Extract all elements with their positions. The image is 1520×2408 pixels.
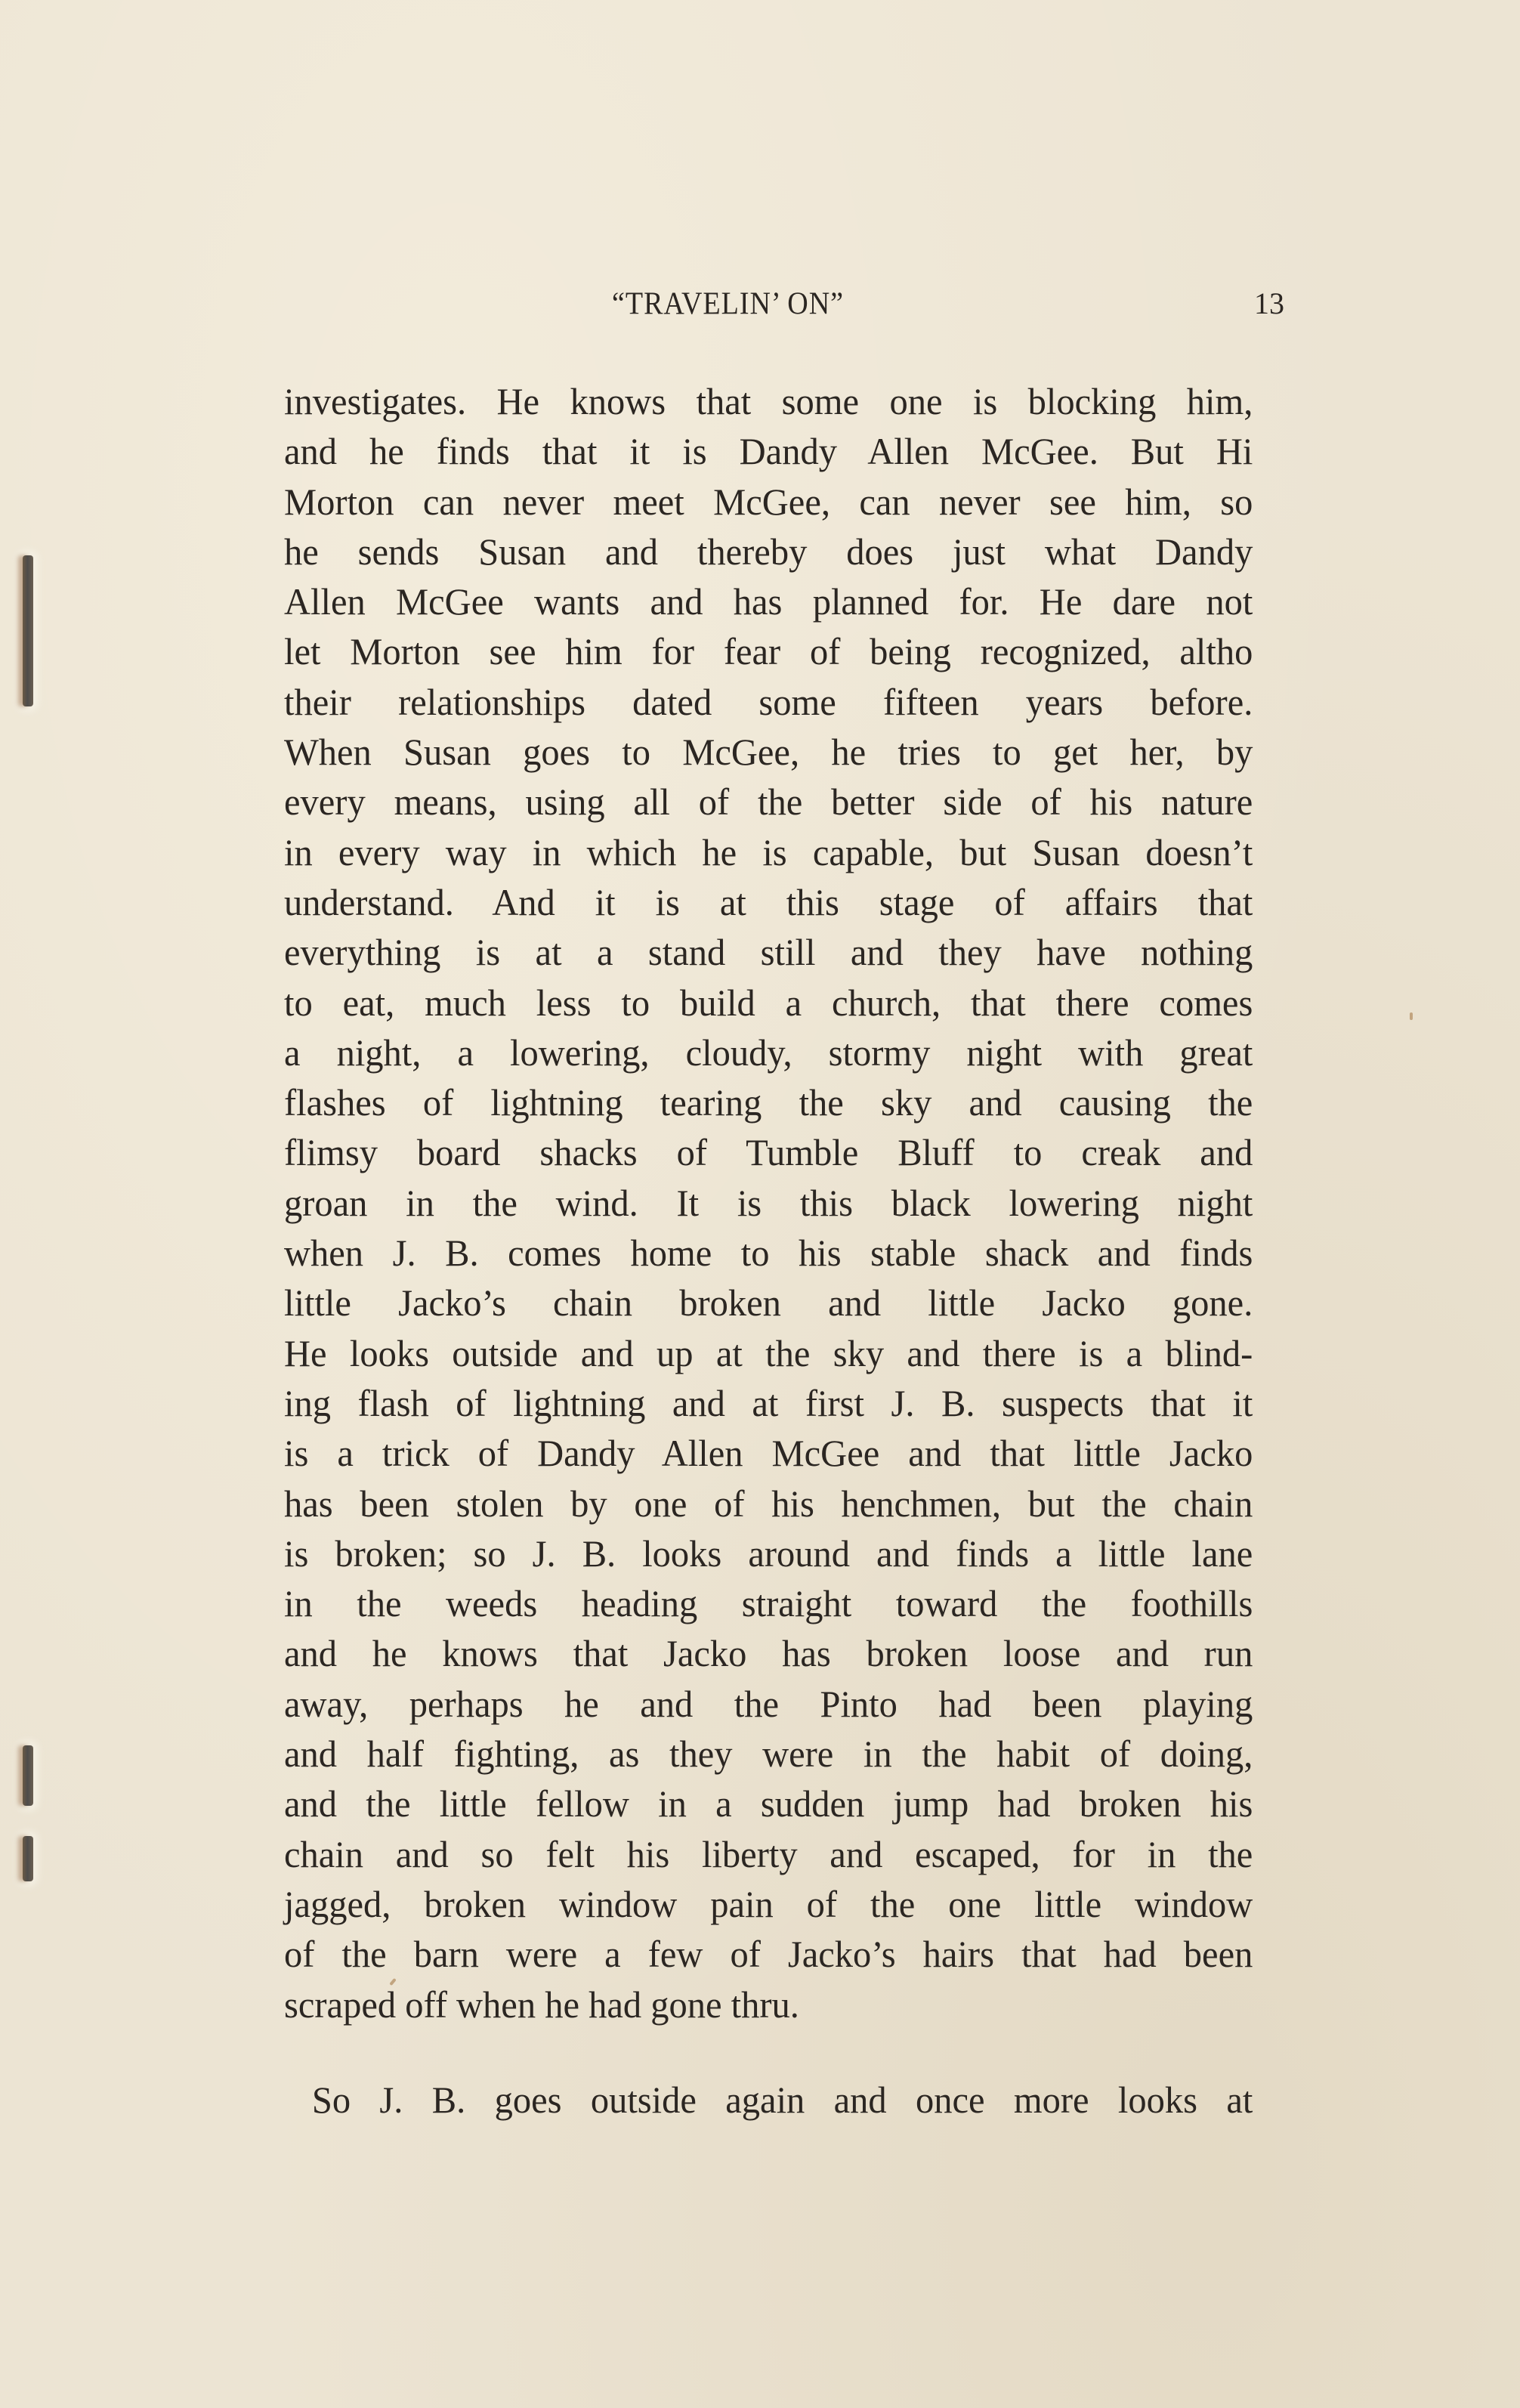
text-line: when J. B. comes home to his stable shac…: [284, 1228, 1253, 1278]
text-line: understand. And it is at this stage of a…: [284, 877, 1253, 927]
running-head: “TRAVELIN’ ON” 13: [286, 281, 1284, 326]
text-line: and he finds that it is Dandy Allen McGe…: [284, 426, 1253, 476]
text-line: When Susan goes to McGee, he tries to ge…: [284, 727, 1253, 777]
binding-staple-bottom-2: [23, 1836, 33, 1881]
binding-staple-top: [23, 555, 33, 706]
text-line: He looks outside and up at the sky and t…: [284, 1328, 1253, 1378]
text-line-last: scraped off when he had gone thru.: [284, 1980, 1253, 2029]
text-line: he sends Susan and thereby does just wha…: [284, 527, 1253, 576]
text-line: has been stolen by one of his henchmen, …: [284, 1479, 1253, 1529]
text-line: little Jacko’s chain broken and little J…: [284, 1278, 1253, 1328]
text-line: away, perhaps he and the Pinto had been …: [284, 1679, 1253, 1729]
text-line: everything is at a stand still and they …: [284, 927, 1253, 977]
text-line-indented: So J. B. goes outside again and once mor…: [284, 2075, 1253, 2125]
text-line: in the weeds heading straight toward the…: [284, 1578, 1253, 1628]
paragraph-2: So J. B. goes outside again and once mor…: [284, 2075, 1283, 2125]
text-line: Allen McGee wants and has planned for. H…: [284, 576, 1253, 626]
book-page: “TRAVELIN’ ON” 13 investigates. He knows…: [0, 0, 1520, 2408]
text-line: flashes of lightning tearing the sky and…: [284, 1077, 1253, 1127]
text-line: flimsy board shacks of Tumble Bluff to c…: [284, 1127, 1253, 1177]
running-head-title: “TRAVELIN’ ON”: [612, 278, 844, 329]
page-number: 13: [1254, 281, 1284, 326]
text-line: investigates. He knows that some one is …: [284, 376, 1253, 426]
text-line: jagged, broken window pain of the one li…: [284, 1879, 1253, 1929]
text-line: to eat, much less to build a church, tha…: [284, 978, 1253, 1028]
text-line: in every way in which he is capable, but…: [284, 827, 1253, 877]
text-line: and he knows that Jacko has broken loose…: [284, 1628, 1253, 1678]
text-line: let Morton see him for fear of being rec…: [284, 626, 1253, 676]
binding-staple-bottom-1: [23, 1745, 33, 1806]
text-line: is broken; so J. B. looks around and fin…: [284, 1529, 1253, 1578]
text-line: Morton can never meet McGee, can never s…: [284, 477, 1253, 527]
text-line: and half fighting, as they were in the h…: [284, 1729, 1253, 1779]
paper-speck: [1410, 1012, 1413, 1020]
text-line: their relationships dated some fifteen y…: [284, 677, 1253, 727]
paragraph-gap: [284, 2029, 1283, 2075]
text-line: a night, a lowering, cloudy, stormy nigh…: [284, 1028, 1253, 1077]
text-line: every means, using all of the better sid…: [284, 777, 1253, 827]
text-line: chain and so felt his liberty and escape…: [284, 1829, 1253, 1879]
paragraph-1: investigates. He knows that some one is …: [284, 376, 1283, 2029]
text-line: ing flash of lightning and at first J. B…: [284, 1378, 1253, 1428]
text-line: and the little fellow in a sudden jump h…: [284, 1779, 1253, 1828]
text-line: of the barn were a few of Jacko’s hairs …: [284, 1929, 1253, 1979]
body-text: investigates. He knows that some one is …: [284, 376, 1283, 2125]
text-line: is a trick of Dandy Allen McGee and that…: [284, 1428, 1253, 1478]
text-line: groan in the wind. It is this black lowe…: [284, 1178, 1253, 1228]
